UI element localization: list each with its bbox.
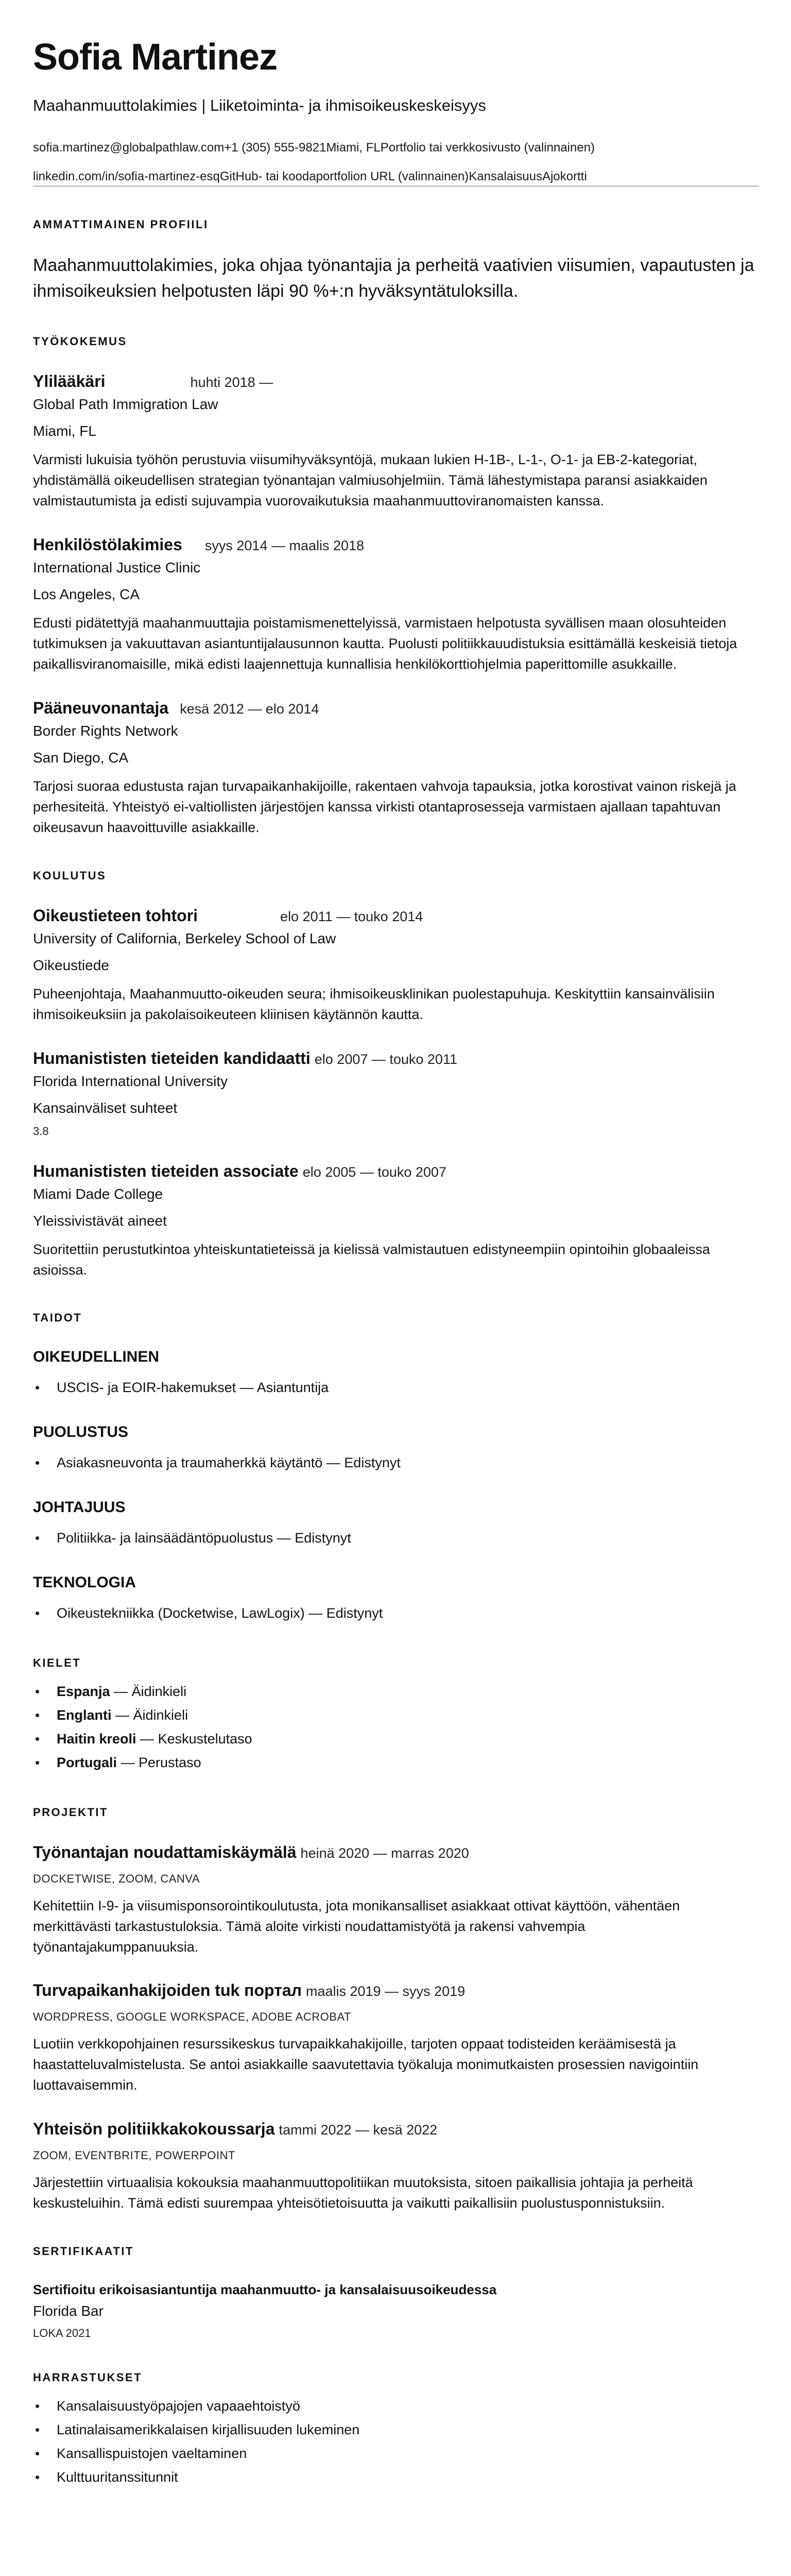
- experience-list: Ylilääkärihuhti 2018 —Global Path Immigr…: [33, 372, 758, 838]
- hobby-item: Latinalaisamerikkalaisen kirjallisuuden …: [45, 2418, 758, 2442]
- hobby-item: Kansallispuistojen vaeltaminen: [45, 2442, 758, 2466]
- experience-entry: Henkilöstölakimiessyys 2014 — maalis 201…: [33, 535, 758, 675]
- hobbies-list: Kansalaisuustyöpajojen vapaaehtoistyöLat…: [33, 2395, 758, 2489]
- language-name: Portugali: [57, 1755, 117, 1770]
- skills-list: OIKEUDELLINENUSCIS- ja EOIR-hakemukset —…: [33, 1348, 758, 1625]
- separator: —: [112, 1707, 133, 1723]
- job-dates: huhti 2018 —: [191, 375, 273, 391]
- drivers-license: Ajokortti: [542, 171, 587, 183]
- project-dates: heinä 2020 — marras 2020: [301, 1845, 469, 1861]
- section-title: KOULUTUS: [33, 869, 758, 883]
- hobbies-section: HARRASTUKSET Kansalaisuustyöpajojen vapa…: [33, 2371, 758, 2489]
- job-title: Pääneuvonantaja: [33, 699, 168, 718]
- linkedin-link[interactable]: linkedin.com/in/sofia-martinez-esq: [33, 171, 220, 183]
- employer: Border Rights Network: [33, 723, 758, 739]
- project-description: Järjestettiin virtuaalisia kokouksia maa…: [33, 2173, 744, 2214]
- candidate-headline: Maahanmuuttolakimies | Liiketoiminta- ja…: [33, 95, 758, 116]
- education-entry: Oikeustieteen tohtorielo 2011 — touko 20…: [33, 906, 758, 1025]
- profile-summary: Maahanmuuttolakimies, joka ohjaa työnant…: [33, 253, 758, 304]
- job-description: Varmisti lukuisia työhön perustuvia viis…: [33, 450, 744, 512]
- language-name: Espanja: [57, 1684, 110, 1699]
- skill-item: USCIS- ja EOIR-hakemukset — Asiantuntija: [45, 1376, 758, 1400]
- entry-header: Humanististen tieteiden kandidaattielo 2…: [33, 1049, 758, 1068]
- contact-row-1: sofia.martinez@globalpathlaw.com +1 (305…: [33, 142, 759, 154]
- certification-name: Sertifioitu erikoisasiantuntija maahanmu…: [33, 2282, 758, 2298]
- employer: Global Path Immigration Law: [33, 396, 758, 413]
- education-dates: elo 2005 — touko 2007: [303, 1164, 446, 1180]
- section-title: TAIDOT: [33, 1311, 758, 1325]
- projects-section: PROJEKTIT Työnantajan noudattamiskäymälä…: [33, 1806, 758, 2214]
- section-title: PROJEKTIT: [33, 1806, 758, 1819]
- experience-entry: Ylilääkärihuhti 2018 —Global Path Immigr…: [33, 372, 758, 512]
- field-of-study: Kansainväliset suhteet: [33, 1100, 758, 1116]
- contact-row-2: linkedin.com/in/sofia-martinez-esq GitHu…: [33, 171, 759, 183]
- language-name: Haitin kreoli: [57, 1731, 136, 1747]
- school-name: University of California, Berkeley Schoo…: [33, 930, 758, 947]
- project-name: Työnantajan noudattamiskäymälä: [33, 1843, 297, 1862]
- entry-header: Ylilääkärihuhti 2018 —: [33, 372, 758, 391]
- project-entry: Yhteisön politiikkakokoussarjatammi 2022…: [33, 2120, 758, 2214]
- separator: —: [110, 1684, 132, 1699]
- resume-page: Sofia Martinez Maahanmuuttolakimies | Li…: [0, 0, 791, 2510]
- project-dates: tammi 2022 — kesä 2022: [279, 2122, 437, 2138]
- education-dates: elo 2011 — touko 2014: [280, 909, 423, 925]
- skill-list: Asiakasneuvonta ja traumaherkkä käytäntö…: [33, 1451, 758, 1475]
- school-name: Florida International University: [33, 1073, 758, 1090]
- projects-list: Työnantajan noudattamiskäymäläheinä 2020…: [33, 1843, 758, 2214]
- entry-header: Henkilöstölakimiessyys 2014 — maalis 201…: [33, 535, 758, 554]
- skill-category: OIKEUDELLINEN: [33, 1348, 758, 1366]
- job-location: San Diego, CA: [33, 750, 758, 766]
- candidate-name: Sofia Martinez: [33, 37, 758, 78]
- github-link[interactable]: GitHub- tai koodaportfolion URL (valinna…: [220, 171, 469, 183]
- gpa: 3.8: [33, 1125, 758, 1138]
- language-item: Espanja — Äidinkieli: [45, 1680, 758, 1704]
- project-entry: Turvapaikanhakijoiden tuk порталmaalis 2…: [33, 1981, 758, 2096]
- language-level: Perustaso: [139, 1755, 201, 1770]
- separator: —: [136, 1731, 158, 1747]
- employer: International Justice Clinic: [33, 560, 758, 576]
- skill-item: Asiakasneuvonta ja traumaherkkä käytäntö…: [45, 1451, 758, 1475]
- section-title: TYÖKOKEMUS: [33, 335, 758, 348]
- phone-number: +1 (305) 555-9821: [224, 142, 326, 154]
- skills-section: TAIDOT OIKEUDELLINENUSCIS- ja EOIR-hakem…: [33, 1311, 758, 1625]
- education-list: Oikeustieteen tohtorielo 2011 — touko 20…: [33, 906, 758, 1281]
- school-name: Miami Dade College: [33, 1186, 758, 1202]
- profile-section: AMMATTIMAINEN PROFIILI Maahanmuuttolakim…: [33, 218, 758, 304]
- location: Miami, FL: [326, 142, 380, 154]
- certifications-list: Sertifioitu erikoisasiantuntija maahanmu…: [33, 2282, 758, 2340]
- education-dates: elo 2007 — touko 2011: [315, 1052, 457, 1067]
- entry-header: Humanististen tieteiden associateelo 200…: [33, 1162, 758, 1181]
- email-link[interactable]: sofia.martinez@globalpathlaw.com: [33, 142, 224, 154]
- field-of-study: Oikeustiede: [33, 957, 758, 974]
- education-description: Suoritettiin perustutkintoa yhteiskuntat…: [33, 1240, 744, 1281]
- section-title: KIELET: [33, 1656, 758, 1670]
- project-dates: maalis 2019 — syys 2019: [306, 1984, 465, 1999]
- language-item: Portugali — Perustaso: [45, 1751, 758, 1775]
- project-tech: WORDPRESS, GOOGLE WORKSPACE, ADOBE ACROB…: [33, 2010, 758, 2024]
- project-name: Turvapaikanhakijoiden tuk портал: [33, 1981, 302, 2000]
- section-title: HARRASTUKSET: [33, 2371, 758, 2384]
- job-location: Miami, FL: [33, 423, 758, 439]
- job-location: Los Angeles, CA: [33, 586, 758, 603]
- skill-list: USCIS- ja EOIR-hakemukset — Asiantuntija: [33, 1376, 758, 1400]
- contact-info: sofia.martinez@globalpathlaw.com +1 (305…: [33, 142, 759, 187]
- separator: —: [117, 1755, 139, 1770]
- portfolio-link[interactable]: Portfolio tai verkkosivusto (valinnainen…: [381, 142, 595, 154]
- certification-date: LOKA 2021: [33, 2327, 758, 2340]
- languages-section: KIELET Espanja — ÄidinkieliEnglanti — Äi…: [33, 1656, 758, 1775]
- language-level: Äidinkieli: [133, 1707, 188, 1723]
- certification-issuer: Florida Bar: [33, 2303, 758, 2319]
- skill-item: Oikeustekniikka (Docketwise, LawLogix) —…: [45, 1602, 758, 1625]
- skill-list: Politiikka- ja lainsäädäntöpuolustus — E…: [33, 1527, 758, 1550]
- hobby-item: Kulttuuritanssitunnit: [45, 2466, 758, 2489]
- experience-section: TYÖKOKEMUS Ylilääkärihuhti 2018 —Global …: [33, 335, 758, 838]
- experience-entry: Pääneuvonantajakesä 2012 — elo 2014Borde…: [33, 699, 758, 838]
- job-description: Edusti pidätettyjä maahanmuuttajia poist…: [33, 613, 744, 675]
- skill-list: Oikeustekniikka (Docketwise, LawLogix) —…: [33, 1602, 758, 1625]
- job-title: Ylilääkäri: [33, 372, 106, 391]
- project-description: Kehitettiin I-9- ja viisumisponsorointik…: [33, 1896, 744, 1958]
- education-entry: Humanististen tieteiden associateelo 200…: [33, 1162, 758, 1281]
- entry-header: Yhteisön politiikkakokoussarjatammi 2022…: [33, 2120, 758, 2139]
- job-dates: syys 2014 — maalis 2018: [205, 538, 364, 554]
- language-item: Haitin kreoli — Keskustelutaso: [45, 1727, 758, 1751]
- language-level: Äidinkieli: [132, 1684, 187, 1699]
- entry-header: Pääneuvonantajakesä 2012 — elo 2014: [33, 699, 758, 718]
- job-title: Henkilöstölakimies: [33, 535, 182, 554]
- skill-category: TEKNOLOGIA: [33, 1574, 758, 1591]
- skill-item: Politiikka- ja lainsäädäntöpuolustus — E…: [45, 1527, 758, 1550]
- hobby-item: Kansalaisuustyöpajojen vapaaehtoistyö: [45, 2395, 758, 2418]
- citizenship: Kansalaisuus: [469, 171, 542, 183]
- education-section: KOULUTUS Oikeustieteen tohtorielo 2011 —…: [33, 869, 758, 1281]
- resume-header: Sofia Martinez Maahanmuuttolakimies | Li…: [33, 37, 758, 187]
- degree-title: Humanististen tieteiden associate: [33, 1162, 299, 1181]
- language-item: Englanti — Äidinkieli: [45, 1704, 758, 1727]
- job-description: Tarjosi suoraa edustusta rajan turvapaik…: [33, 776, 744, 838]
- entry-header: Oikeustieteen tohtorielo 2011 — touko 20…: [33, 906, 758, 925]
- language-level: Keskustelutaso: [158, 1731, 252, 1747]
- skill-category: PUOLUSTUS: [33, 1423, 758, 1441]
- certifications-section: SERTIFIKAATIT Sertifioitu erikoisasiantu…: [33, 2245, 758, 2340]
- language-name: Englanti: [57, 1707, 112, 1723]
- degree-title: Humanististen tieteiden kandidaatti: [33, 1049, 311, 1068]
- skill-category: JOHTAJUUS: [33, 1499, 758, 1516]
- entry-header: Työnantajan noudattamiskäymäläheinä 2020…: [33, 1843, 758, 1862]
- job-dates: kesä 2012 — elo 2014: [180, 701, 319, 717]
- education-description: Puheenjohtaja, Maahanmuutto-oikeuden seu…: [33, 984, 744, 1025]
- degree-title: Oikeustieteen tohtori: [33, 906, 198, 925]
- entry-header: Turvapaikanhakijoiden tuk порталmaalis 2…: [33, 1981, 758, 2000]
- project-description: Luotiin verkkopohjainen resurssikeskus t…: [33, 2034, 744, 2096]
- project-tech: DOCKETWISE, ZOOM, CANVA: [33, 1872, 758, 1886]
- section-title: AMMATTIMAINEN PROFIILI: [33, 218, 758, 231]
- project-name: Yhteisön politiikkakokoussarja: [33, 2120, 274, 2139]
- project-tech: ZOOM, EVENTBRITE, POWERPOINT: [33, 2149, 758, 2162]
- section-title: SERTIFIKAATIT: [33, 2245, 758, 2258]
- field-of-study: Yleissivistävät aineet: [33, 1213, 758, 1229]
- languages-list: Espanja — ÄidinkieliEnglanti — Äidinkiel…: [33, 1680, 758, 1775]
- project-entry: Työnantajan noudattamiskäymäläheinä 2020…: [33, 1843, 758, 1958]
- education-entry: Humanististen tieteiden kandidaattielo 2…: [33, 1049, 758, 1138]
